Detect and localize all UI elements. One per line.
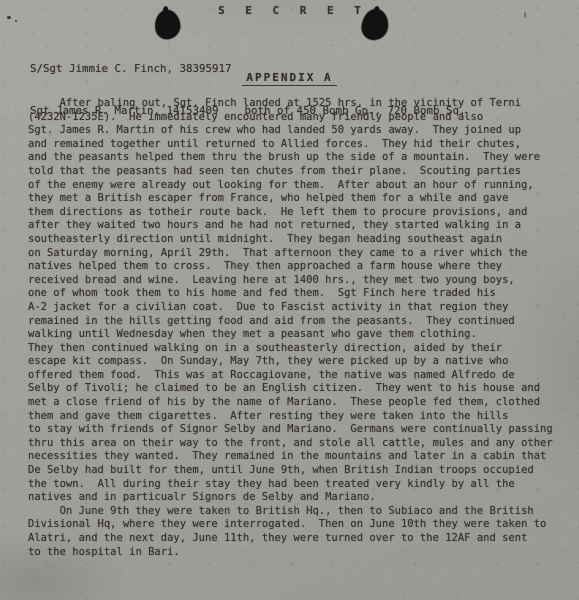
text-line: the town. All during their stay they had… [28, 478, 573, 492]
text-line: on Saturday morning, April 29th. That af… [28, 247, 573, 261]
scan-speck [524, 12, 526, 18]
text-line: After baling out, Sgt. Finch landed at 1… [28, 97, 573, 111]
text-line: escape kit compass. On Sunday, May 7th, … [28, 355, 573, 369]
text-line: remained in the hills getting food and a… [28, 315, 573, 329]
appendix-title: APPENDIX A [0, 71, 579, 84]
scan-speck [7, 16, 11, 19]
text-line: received bread and wine. Leaving here at… [28, 274, 573, 288]
text-line: Alatri, and the next day, June 11th, the… [28, 532, 573, 546]
text-line: to stay with friends of Signor Selby and… [28, 423, 573, 437]
text-line: walking until Wednesday when they met a … [28, 328, 573, 342]
text-line: natives and in particualr Signors de Sel… [28, 491, 573, 505]
text-line: necessities they wanted. They remained i… [28, 450, 573, 464]
text-line: told that the peasants had seen ten chut… [28, 165, 573, 179]
text-line: De Selby had built for them, until June … [28, 464, 573, 478]
text-line: southeasterly direction until midnight. … [28, 233, 573, 247]
text-line: they met a British escaper from France, … [28, 192, 573, 206]
escape-report-body: After baling out, Sgt. Finch landed at 1… [28, 97, 573, 559]
appendix-title-text: APPENDIX A [242, 71, 336, 86]
text-line: thru this area on their way to the front… [28, 437, 573, 451]
text-line: to the hospital in Bari. [28, 546, 573, 560]
text-line: natives helped them to cross. They then … [28, 260, 573, 274]
text-line: them directions as totheir route back. H… [28, 206, 573, 220]
scanned-document-page: S E C R E T S/Sgt Jimmie C. Finch, 38395… [0, 0, 579, 600]
text-line: They then continued walking on in a sout… [28, 342, 573, 356]
text-line: (4232N-1235E). He immediately encountere… [28, 111, 573, 125]
text-line: of the enemy were already out looking fo… [28, 179, 573, 193]
text-line: and the peasants helped them thru the br… [28, 151, 573, 165]
text-line: On June 9th they were taken to British H… [28, 505, 573, 519]
scan-speck [15, 20, 17, 22]
text-line: Selby of Tivoli; he claimed to be an Eng… [28, 382, 573, 396]
text-line: them and gave them cigarettes. After res… [28, 410, 573, 424]
text-line: Sgt. James R. Martin of his crew who had… [28, 124, 573, 138]
text-line: Divisional Hq, where they were interroga… [28, 518, 573, 532]
classification-header: S E C R E T [0, 4, 579, 17]
text-line: one of whom took them to his home and fe… [28, 287, 573, 301]
text-line: A-2 jacket for a civilian coat. Due to F… [28, 301, 573, 315]
text-line: met a close friend of his by the name of… [28, 396, 573, 410]
text-line: and remained together until returned to … [28, 138, 573, 152]
text-line: offered them food. This was at Roccagiov… [28, 369, 573, 383]
text-line: after they waited two hours and he had n… [28, 219, 573, 233]
